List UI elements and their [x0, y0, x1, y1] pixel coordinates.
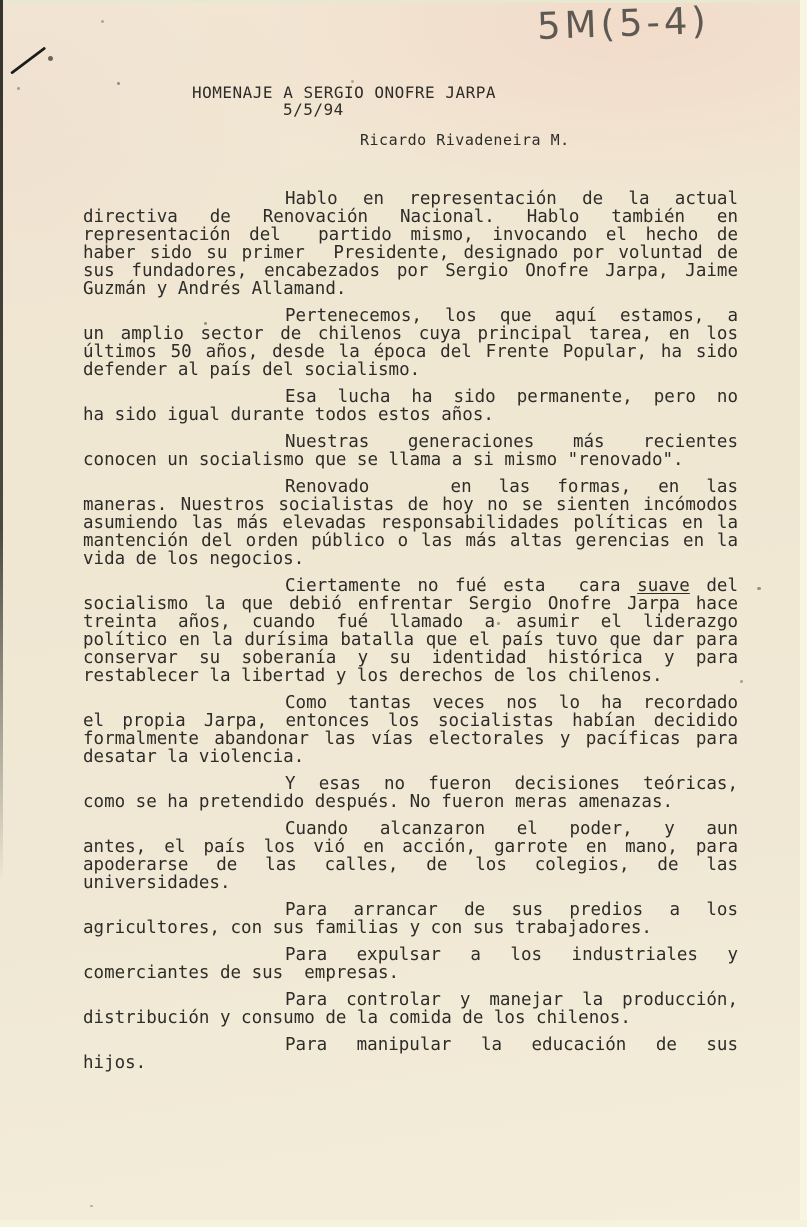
- text-line: defender al país del socialismo.: [83, 361, 738, 379]
- document-author: Ricardo Rivadeneira M.: [360, 131, 570, 149]
- text-line: Para expulsar a los industriales y: [83, 946, 738, 964]
- scan-edge-left: [0, 0, 3, 883]
- text-line: antes, el país los vió en acción, garrot…: [83, 838, 738, 856]
- ink-speck: [117, 82, 120, 85]
- paragraph: Ciertamente no fué esta cara suave delso…: [83, 577, 738, 685]
- text-line: Y esas no fueron decisiones teóricas,: [83, 775, 738, 793]
- text-line: agricultores, con sus familias y con sus…: [83, 919, 738, 937]
- text-line: Como tantas veces nos lo ha recordado: [83, 694, 738, 712]
- text-line: Esa lucha ha sido permanente, pero no: [83, 388, 738, 406]
- text-line: Para arrancar de sus predios a los: [83, 901, 738, 919]
- paragraph: Para arrancar de sus predios a losagricu…: [83, 901, 738, 937]
- text-line: maneras. Nuestros socialistas de hoy no …: [83, 496, 738, 514]
- ink-speck: [757, 587, 761, 590]
- ink-speck: [48, 56, 53, 61]
- text-line: treinta años, cuando fué llamado a asumi…: [83, 613, 738, 631]
- text-line: Hablo en representación de la actual: [83, 190, 738, 208]
- document-header: HOMENAJE A SERGIO ONOFRE JARPA 5/5/94: [192, 84, 496, 118]
- text-line: restablecer la libertad y los derechos d…: [83, 667, 738, 685]
- handwritten-slash-mark: [10, 46, 46, 74]
- scanned-document-page: 5M(5-4) HOMENAJE A SERGIO ONOFRE JARPA 5…: [0, 0, 807, 1227]
- paragraph: Esa lucha ha sido permanente, pero noha …: [83, 388, 738, 424]
- text-line: ha sido igual durante todos estos años.: [83, 406, 738, 424]
- ink-speck: [90, 1205, 93, 1207]
- text-line: socialismo la que debió enfrentar Sergio…: [83, 595, 738, 613]
- ink-speck: [740, 680, 743, 683]
- text-line: formalmente abandonar las vías electoral…: [83, 730, 738, 748]
- text-line: Renovado en las formas, en las: [83, 478, 738, 496]
- text-line: conocen un socialismo que se llama a si …: [83, 451, 738, 469]
- paragraph: Para manipular la educación de sushijos.: [83, 1036, 738, 1072]
- paragraph: Y esas no fueron decisiones teóricas,com…: [83, 775, 738, 811]
- text-line: directiva de Renovación Nacional. Hablo …: [83, 208, 738, 226]
- paragraph: Para controlar y manejar la producción,d…: [83, 991, 738, 1027]
- paragraph: Como tantas veces nos lo ha recordadoel …: [83, 694, 738, 766]
- paragraph: Pertenecemos, los que aquí estamos, aun …: [83, 307, 738, 379]
- text-line: apoderarse de las calles, de los colegio…: [83, 856, 738, 874]
- scan-edge-bottom: [0, 1220, 807, 1227]
- text-line: vida de los negocios.: [83, 550, 738, 568]
- text-line: político en la durísima batalla que el p…: [83, 631, 738, 649]
- handwritten-annotation: 5M(5-4): [536, 0, 710, 48]
- text-line: universidades.: [83, 874, 738, 892]
- text-line: últimos 50 años, desde la época del Fren…: [83, 343, 738, 361]
- text-line: mantención del orden público o las más a…: [83, 532, 738, 550]
- text-line: Para manipular la educación de sus: [83, 1036, 738, 1054]
- text-line: Para controlar y manejar la producción,: [83, 991, 738, 1009]
- text-line: haber sido su primer Presidente, designa…: [83, 244, 738, 262]
- text-line: Pertenecemos, los que aquí estamos, a: [83, 307, 738, 325]
- text-line: Nuestras generaciones más recientes: [83, 433, 738, 451]
- paragraph: Hablo en representación de la actualdire…: [83, 190, 738, 298]
- ink-speck: [101, 20, 104, 23]
- text-line: hijos.: [83, 1054, 738, 1072]
- text-line: representación del partido mismo, invoca…: [83, 226, 738, 244]
- text-line: el propia Jarpa, entonces los socialista…: [83, 712, 738, 730]
- paragraph: Renovado en las formas, en lasmaneras. N…: [83, 478, 738, 568]
- paragraph: Cuando alcanzaron el poder, y aunantes, …: [83, 820, 738, 892]
- text-line: conservar su soberanía y su identidad hi…: [83, 649, 738, 667]
- text-line: comerciantes de sus empresas.: [83, 964, 738, 982]
- text-line: Cuando alcanzaron el poder, y aun: [83, 820, 738, 838]
- scan-edge-right: [800, 0, 807, 1227]
- document-body: Hablo en representación de la actualdire…: [83, 190, 738, 1081]
- document-title: HOMENAJE A SERGIO ONOFRE JARPA: [192, 84, 496, 101]
- paragraph: Para expulsar a los industriales ycomerc…: [83, 946, 738, 982]
- text-line: Ciertamente no fué esta cara suave del: [83, 577, 738, 595]
- document-date: 5/5/94: [192, 101, 496, 118]
- text-line: desatar la violencia.: [83, 748, 738, 766]
- text-line: Guzmán y Andrés Allamand.: [83, 280, 738, 298]
- underlined-word: suave: [637, 576, 690, 596]
- text-line: sus fundadores, encabezados por Sergio O…: [83, 262, 738, 280]
- ink-speck: [17, 87, 20, 90]
- paragraph: Nuestras generaciones más recientesconoc…: [83, 433, 738, 469]
- text-line: como se ha pretendido después. No fueron…: [83, 793, 738, 811]
- text-line: asumiendo las más elevadas responsabilid…: [83, 514, 738, 532]
- text-line: un amplio sector de chilenos cuya princi…: [83, 325, 738, 343]
- text-line: distribución y consumo de la comida de l…: [83, 1009, 738, 1027]
